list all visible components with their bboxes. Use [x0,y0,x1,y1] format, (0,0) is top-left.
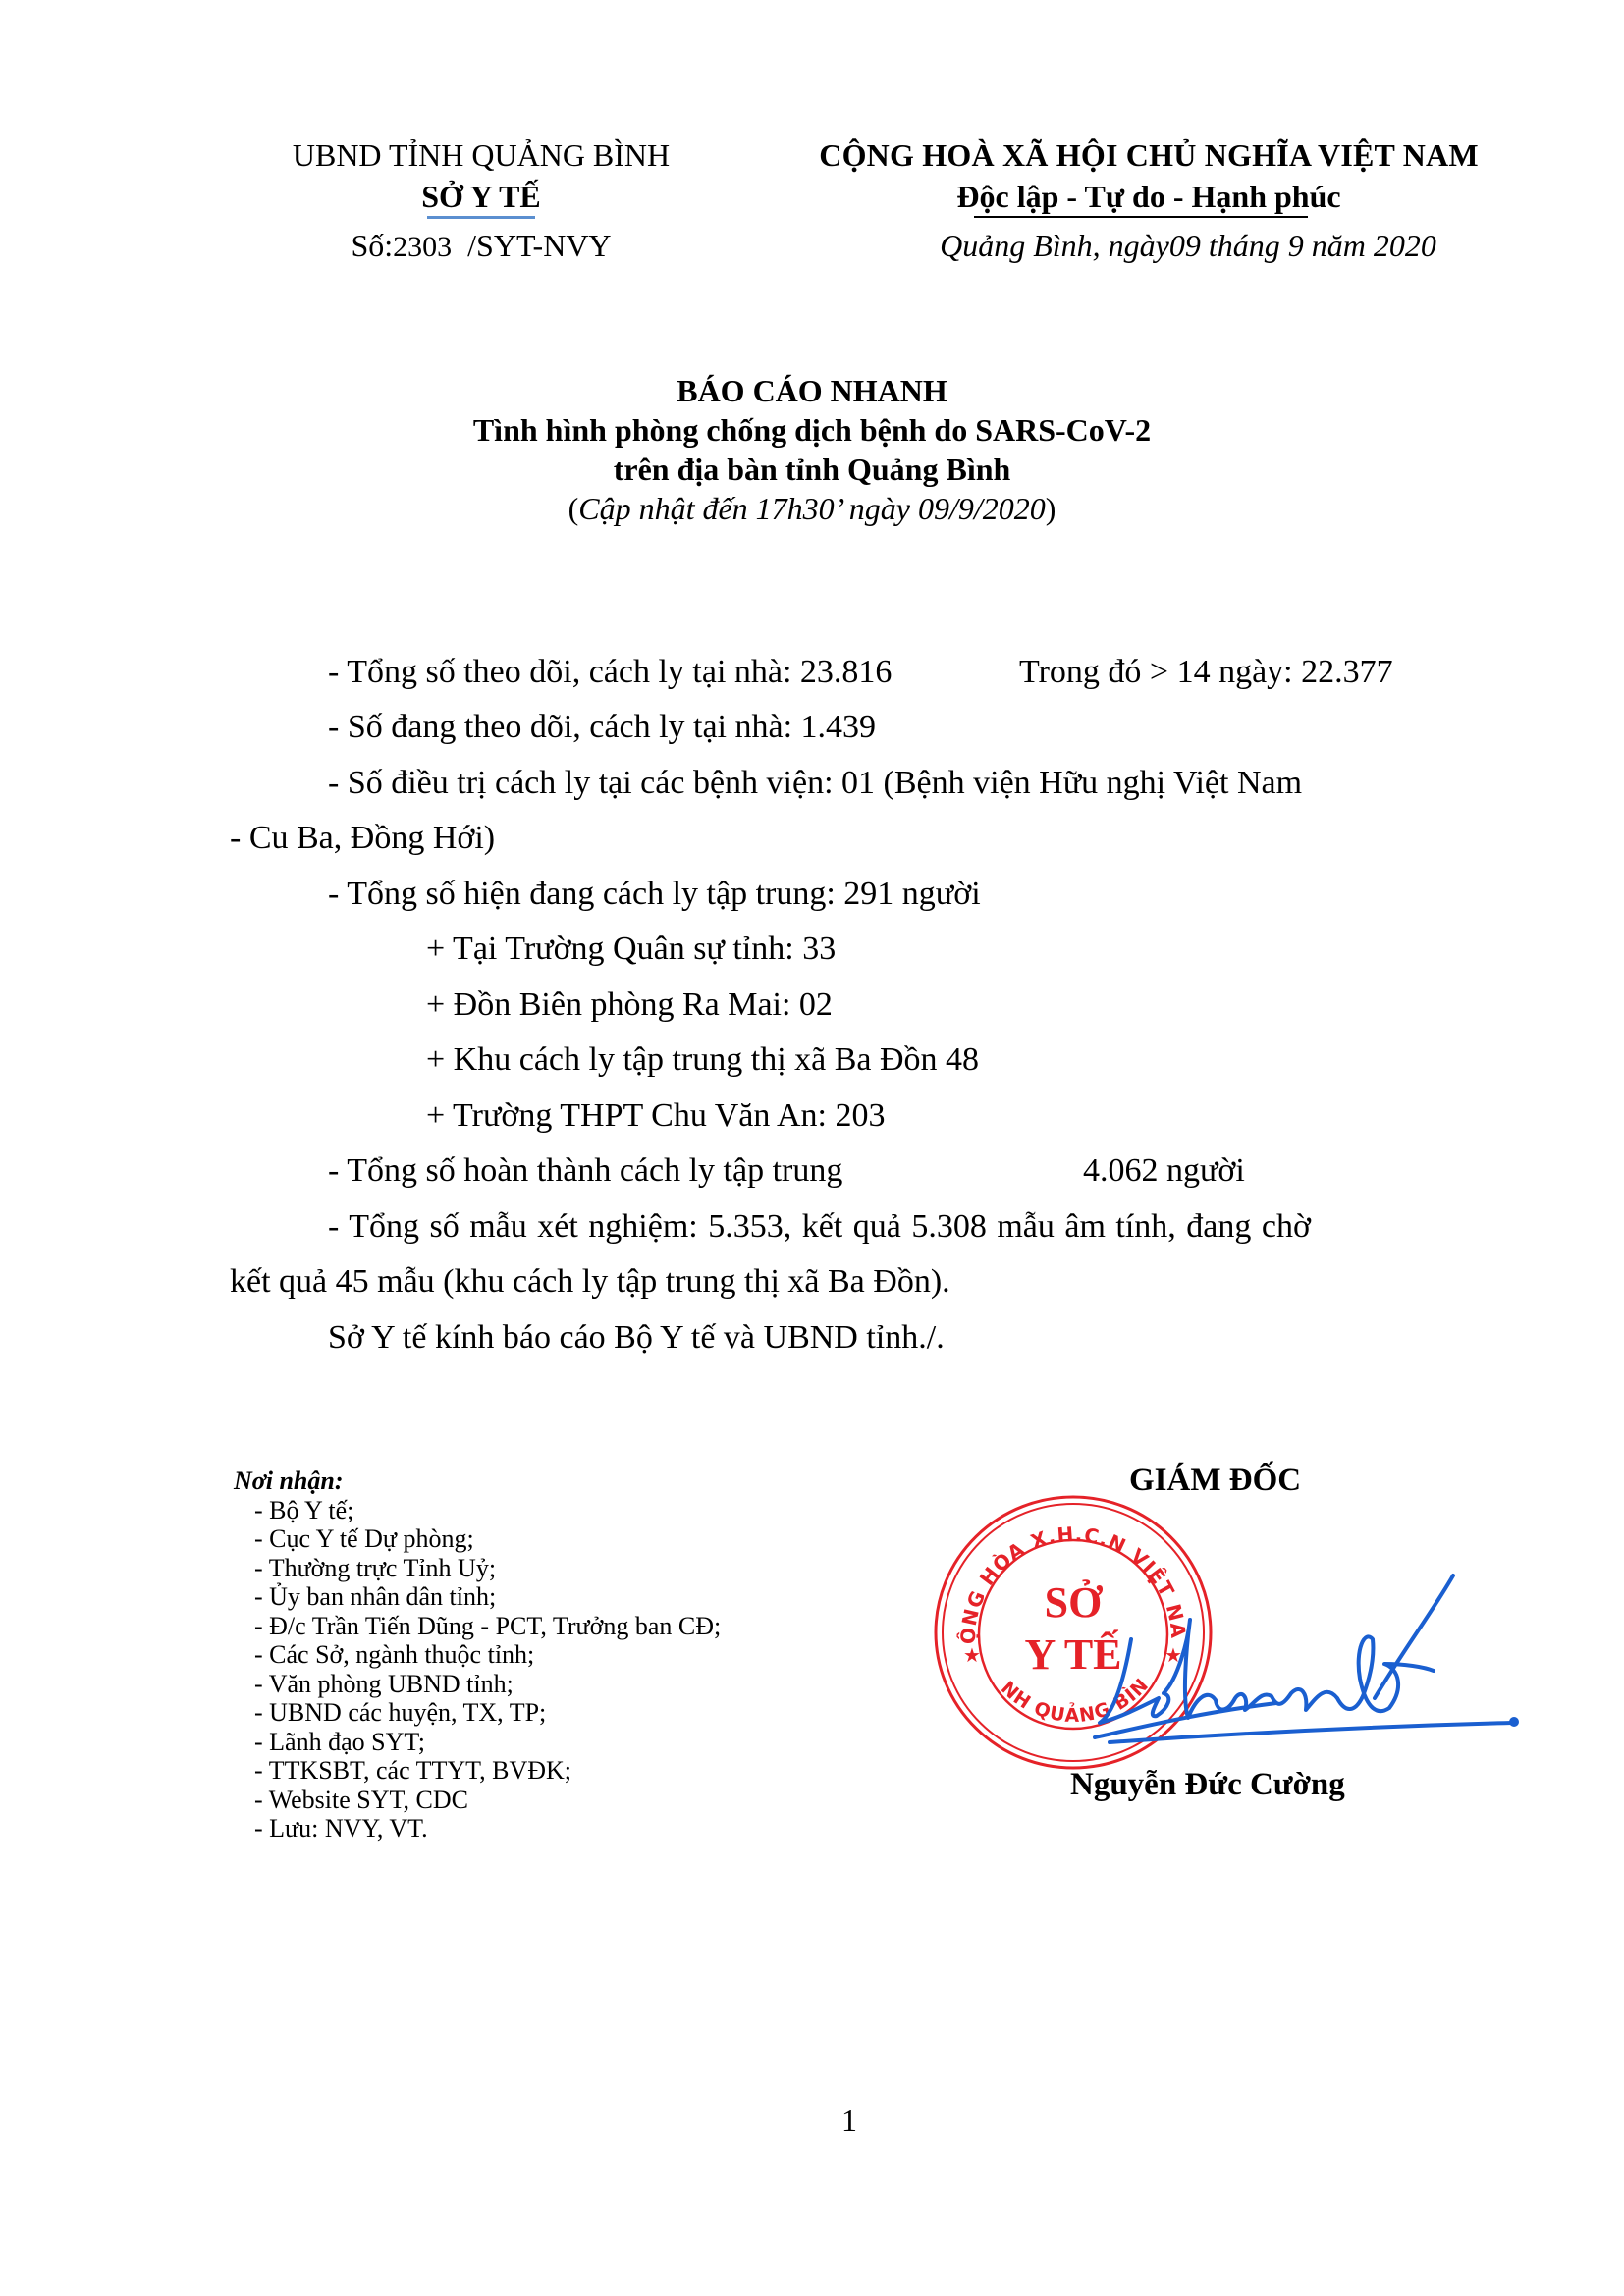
recipient-item: - Lưu: NVY, VT. [234,1814,721,1843]
issuing-authority-block: UBND TỈNH QUẢNG BÌNH SỞ Y TẾ Số:2303 /SY… [226,133,736,272]
motto-underline [974,216,1308,218]
recipient-item: - UBND các huyện, TX, TP; [234,1698,721,1728]
document-number: Số:2303 /SYT-NVY [226,221,736,272]
department-name: SỞ Y TẾ [226,177,736,216]
recipient-item: - Các Sở, ngành thuộc tỉnh; [234,1640,721,1670]
recipients-list: Nơi nhận: - Bộ Y tế; - Cục Y tế Dự phòng… [234,1467,721,1843]
stat-test-samples-cont: kết quả 45 mẫu (khu cách ly tập trung th… [230,1262,950,1302]
stat-test-samples: - Tổng số mẫu xét nghiệm: 5.353, kết quả… [328,1207,1311,1247]
recipients-heading: Nơi nhận: [234,1467,721,1496]
stat-over-14-days: Trong đó > 14 ngày: 22.377 [1019,653,1393,692]
recipient-item: - Website SYT, CDC [234,1786,721,1815]
paren-open: ( [568,491,579,526]
quarantine-site-3: + Khu cách ly tập trung thị xã Ba Đồn 48 [426,1041,979,1080]
authority-name: UBND TỈNH QUẢNG BÌNH [226,133,736,177]
stat-home-monitoring-current: - Số đang theo dõi, cách ly tại nhà: 1.4… [328,708,876,747]
recipient-item: - Ủy ban nhân dân tỉnh; [234,1582,721,1612]
report-subtitle: Tình hình phòng chống dịch bệnh do SARS-… [0,410,1624,450]
report-title-block: BÁO CÁO NHANH Tình hình phòng chống dịch… [0,371,1624,528]
quarantine-site-1: + Tại Trường Quân sự tỉnh: 33 [426,930,836,969]
recipient-item: - Đ/c Trần Tiến Dũng - PCT, Trưởng ban C… [234,1612,721,1641]
doc-number-suffix: /SYT-NVY [467,228,611,263]
handwritten-signature-icon [1080,1531,1591,1787]
paren-close: ) [1046,491,1056,526]
recipient-item: - Thường trực Tỉnh Uỷ; [234,1554,721,1583]
quarantine-site-2: + Đồn Biên phòng Ra Mai: 02 [426,986,833,1025]
report-subtitle-2: trên địa bàn tỉnh Quảng Bình [0,450,1624,489]
stat-hospital-isolation: - Số điều trị cách ly tại các bệnh viện:… [328,764,1302,803]
update-text: Cập nhật đến 17h30’ ngày 09/9/2020 [578,491,1046,526]
signer-name: Nguyễn Đức Cường [1070,1767,1345,1803]
report-update-time: (Cập nhật đến 17h30’ ngày 09/9/2020) [0,489,1624,528]
closing-statement: Sở Y tế kính báo cáo Bộ Y tế và UBND tỉn… [328,1318,945,1358]
recipient-item: - Văn phòng UBND tỉnh; [234,1670,721,1699]
place-date: Quảng Bình, ngày09 tháng 9 năm 2020 [785,220,1591,271]
doc-number-prefix: Số: [351,228,393,263]
national-title: CỘNG HOÀ XÃ HỘI CHỦ NGHĨA VIỆT NAM [746,133,1551,177]
stamp-star-left: ★ [963,1645,981,1667]
department-underline [427,216,535,219]
recipient-item: - TTKSBT, các TTYT, BVĐK; [234,1756,721,1786]
stat-hospital-isolation-cont: - Cu Ba, Đồng Hới) [230,819,495,858]
stat-quarantine-completed: - Tổng số hoàn thành cách ly tập trung [328,1151,842,1191]
stat-centralized-quarantine: - Tổng số hiện đang cách ly tập trung: 2… [328,875,981,914]
national-header-block: CỘNG HOÀ XÃ HỘI CHỦ NGHĨA VIỆT NAM Độc l… [746,133,1551,271]
page-number: 1 [841,2103,857,2139]
recipient-item: - Bộ Y tế; [234,1496,721,1525]
stat-home-monitoring-total: - Tổng số theo dõi, cách ly tại nhà: 23.… [328,653,892,692]
stat-quarantine-completed-value: 4.062 người [1083,1151,1245,1191]
quarantine-site-4: + Trường THPT Chu Văn An: 203 [426,1096,885,1136]
motto: Độc lập - Tự do - Hạnh phúc [746,177,1551,216]
recipient-item: - Cục Y tế Dự phòng; [234,1524,721,1554]
report-title: BÁO CÁO NHANH [0,371,1624,410]
recipient-item: - Lãnh đạo SYT; [234,1728,721,1757]
doc-number-value: 2303 [393,231,452,263]
